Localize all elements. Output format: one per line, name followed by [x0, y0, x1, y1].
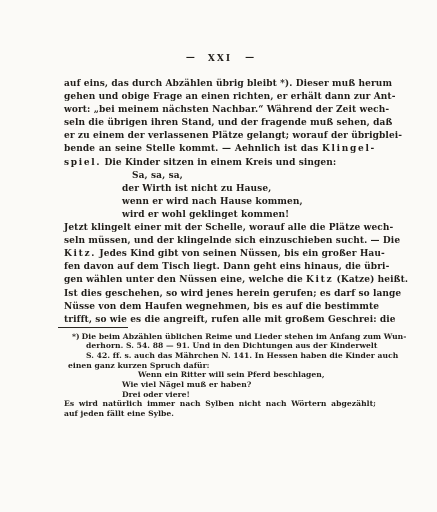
footnote-line: einen ganz kurzen Spruch dafür: — [68, 361, 376, 371]
footnote-line: Es wird natürlich immer nach Sylben nich… — [64, 399, 376, 409]
text-line: spiel. Die Kinder sitzen in einem Kreis … — [64, 157, 376, 170]
verse-line: Sa, sa, sa, — [132, 170, 376, 183]
verse-line: wird er wohl geklinget kommen! — [122, 209, 376, 222]
footnote-line: derhorn. S. 54. 88 — 91. Und in den Dich… — [86, 341, 376, 351]
text-line: seln die übrigen ihren Stand, und der fr… — [64, 117, 376, 130]
text-line: Nüsse von dem Haufen wegnehmen, bis es a… — [64, 301, 376, 314]
footnote-verse-line: Wie viel Nägel muß er haben? — [122, 380, 376, 390]
emphasized-word: Kitz. — [64, 249, 96, 259]
text-line: wort: „bei meinem nächsten Nachbar.“ Wäh… — [64, 104, 376, 117]
footnote-separator-rule — [58, 327, 128, 328]
text-line: gen wählen unter den Nüssen eine, welche… — [64, 274, 376, 287]
text-segment: bende an seine Stelle kommt. — Aehnlich … — [64, 144, 322, 154]
text-line: auf eins, das durch Abzählen übrig bleib… — [64, 78, 376, 91]
emphasized-word: spiel. — [64, 158, 101, 168]
text-segment: Die Kinder sitzen in einem Kreis und sin… — [101, 158, 336, 168]
footnote-line: auf jeden fällt eine Sylbe. — [64, 409, 376, 419]
text-line: Ist dies geschehen, so wird jenes herein… — [64, 288, 376, 301]
text-line: trifft, so wie es die angreift, rufen al… — [64, 314, 376, 327]
text-segment: Die beim Abzählen üblichen Reime und Lie… — [82, 332, 407, 341]
footnote-marker: *) — [72, 332, 80, 341]
text-line: bende an seine Stelle kommt. — Aehnlich … — [64, 143, 376, 156]
main-text: auf eins, das durch Abzählen übrig bleib… — [64, 78, 376, 327]
footnote-line: S. 42. ff. s. auch das Mährchen N. 141. … — [86, 351, 376, 361]
footnote-line: *)Die beim Abzählen üblichen Reime und L… — [72, 332, 376, 342]
header-dash-left: — — [186, 53, 195, 63]
text-line: Jetzt klingelt einer mit der Schelle, wo… — [64, 222, 376, 235]
page-number: XXI — [208, 54, 232, 64]
footnote-verse-line: Wenn ein Ritter will sein Pferd beschlag… — [138, 370, 376, 380]
verse-line: der Wirth ist nicht zu Hause, — [122, 183, 376, 196]
text-line: seln müssen, und der klingelnde sich ein… — [64, 235, 376, 248]
header-dash-right: — — [245, 53, 254, 63]
text-segment: Jedes Kind gibt von seinen Nüssen, bis e… — [96, 249, 385, 259]
book-page: —XXI— auf eins, das durch Abzählen übrig… — [0, 0, 437, 512]
text-line: fen davon auf dem Tisch liegt. Dann geht… — [64, 261, 376, 274]
text-segment: (Katze) heißt. — [333, 275, 408, 285]
emphasized-word: Klingel- — [322, 144, 376, 154]
text-line: er zu einem der verlassenen Plätze gelan… — [64, 130, 376, 143]
footnote: *)Die beim Abzählen üblichen Reime und L… — [64, 327, 376, 419]
page-header: —XXI— — [64, 54, 376, 64]
verse-line: wenn er wird nach Hause kommen, — [122, 196, 376, 209]
footnote-verse-line: Drei oder viere! — [122, 390, 376, 400]
text-line: Kitz. Jedes Kind gibt von seinen Nüssen,… — [64, 248, 376, 261]
song-verse: Sa, sa, sa, der Wirth ist nicht zu Hause… — [64, 170, 376, 222]
emphasized-word: Kitz — [306, 275, 333, 285]
text-line: gehen und obige Frage an einen richten, … — [64, 91, 376, 104]
text-segment: gen wählen unter den Nüssen eine, welche… — [64, 275, 306, 285]
